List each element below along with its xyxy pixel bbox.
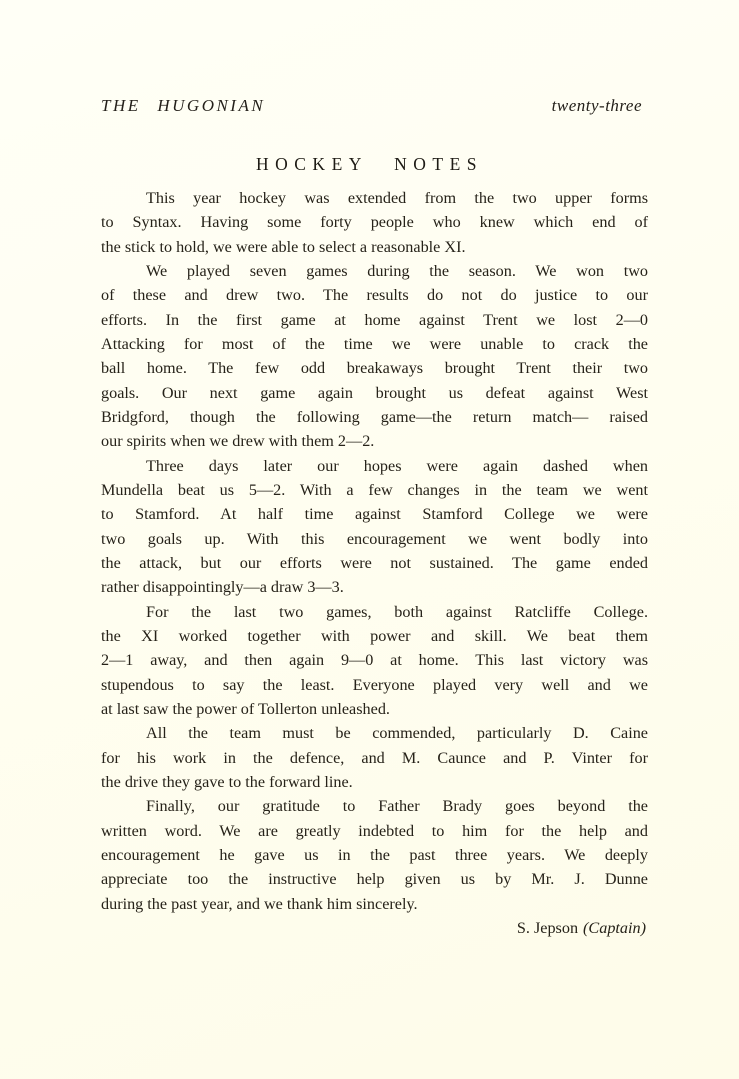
text-line: We played seven games during the season.… bbox=[101, 259, 648, 283]
text-line: our spirits when we drew with them 2—2. bbox=[101, 429, 648, 453]
text-line: efforts. In the first game at home again… bbox=[101, 308, 648, 332]
text-line: the attack, but our efforts were not sus… bbox=[101, 551, 648, 575]
text-line: For the last two games, both against Rat… bbox=[101, 600, 648, 624]
text-line: stupendous to say the least. Everyone pl… bbox=[101, 673, 648, 697]
text-line: Attacking for most of the time we were u… bbox=[101, 332, 648, 356]
page-number: twenty-three bbox=[552, 96, 642, 116]
text-line: Three days later our hopes were again da… bbox=[101, 454, 648, 478]
article-title: HOCKEY NOTES bbox=[0, 154, 739, 175]
text-line: to Syntax. Having some forty people who … bbox=[101, 210, 648, 234]
text-line: the XI worked together with power and sk… bbox=[101, 624, 648, 648]
text-line: written word. We are greatly indebted to… bbox=[101, 819, 648, 843]
paragraph: This year hockey was extended from the t… bbox=[101, 186, 648, 259]
article-body: This year hockey was extended from the t… bbox=[101, 186, 648, 940]
text-line: the drive they gave to the forward line. bbox=[101, 770, 648, 794]
text-line: to Stamford. At half time against Stamfo… bbox=[101, 502, 648, 526]
text-line: rather disappointingly—a draw 3—3. bbox=[101, 575, 648, 599]
paragraph: For the last two games, both against Rat… bbox=[101, 600, 648, 722]
text-line: Bridgford, though the following game—the… bbox=[101, 405, 648, 429]
paragraph: All the team must be commended, particul… bbox=[101, 721, 648, 794]
text-line: ball home. The few odd breakaways brough… bbox=[101, 356, 648, 380]
text-line: for his work in the defence, and M. Caun… bbox=[101, 746, 648, 770]
signature-role: (Captain) bbox=[583, 919, 646, 937]
text-line: encouragement he gave us in the past thr… bbox=[101, 843, 648, 867]
text-line: This year hockey was extended from the t… bbox=[101, 186, 648, 210]
text-line: at last saw the power of Tollerton unlea… bbox=[101, 697, 648, 721]
text-line: of these and drew two. The results do no… bbox=[101, 283, 648, 307]
text-line: the stick to hold, we were able to selec… bbox=[101, 235, 648, 259]
magazine-page: THE HUGONIAN twenty-three HOCKEY NOTES T… bbox=[0, 0, 739, 1079]
text-line: 2—1 away, and then again 9—0 at home. Th… bbox=[101, 648, 648, 672]
paragraph: We played seven games during the season.… bbox=[101, 259, 648, 454]
text-line: Mundella beat us 5—2. With a few changes… bbox=[101, 478, 648, 502]
paragraph: Three days later our hopes were again da… bbox=[101, 454, 648, 600]
text-line: two goals up. With this encouragement we… bbox=[101, 527, 648, 551]
text-line: All the team must be commended, particul… bbox=[101, 721, 648, 745]
text-line: during the past year, and we thank him s… bbox=[101, 892, 648, 916]
running-header: THE HUGONIAN twenty-three bbox=[101, 96, 642, 116]
paragraphs: This year hockey was extended from the t… bbox=[101, 186, 648, 916]
text-line: goals. Our next game again brought us de… bbox=[101, 381, 648, 405]
signature-line: S. Jepson(Captain) bbox=[101, 916, 648, 940]
text-line: Finally, our gratitude to Father Brady g… bbox=[101, 794, 648, 818]
text-line: appreciate too the instructive help give… bbox=[101, 867, 648, 891]
journal-title: THE HUGONIAN bbox=[101, 96, 265, 116]
paragraph: Finally, our gratitude to Father Brady g… bbox=[101, 794, 648, 916]
signature-name: S. Jepson bbox=[517, 919, 578, 937]
